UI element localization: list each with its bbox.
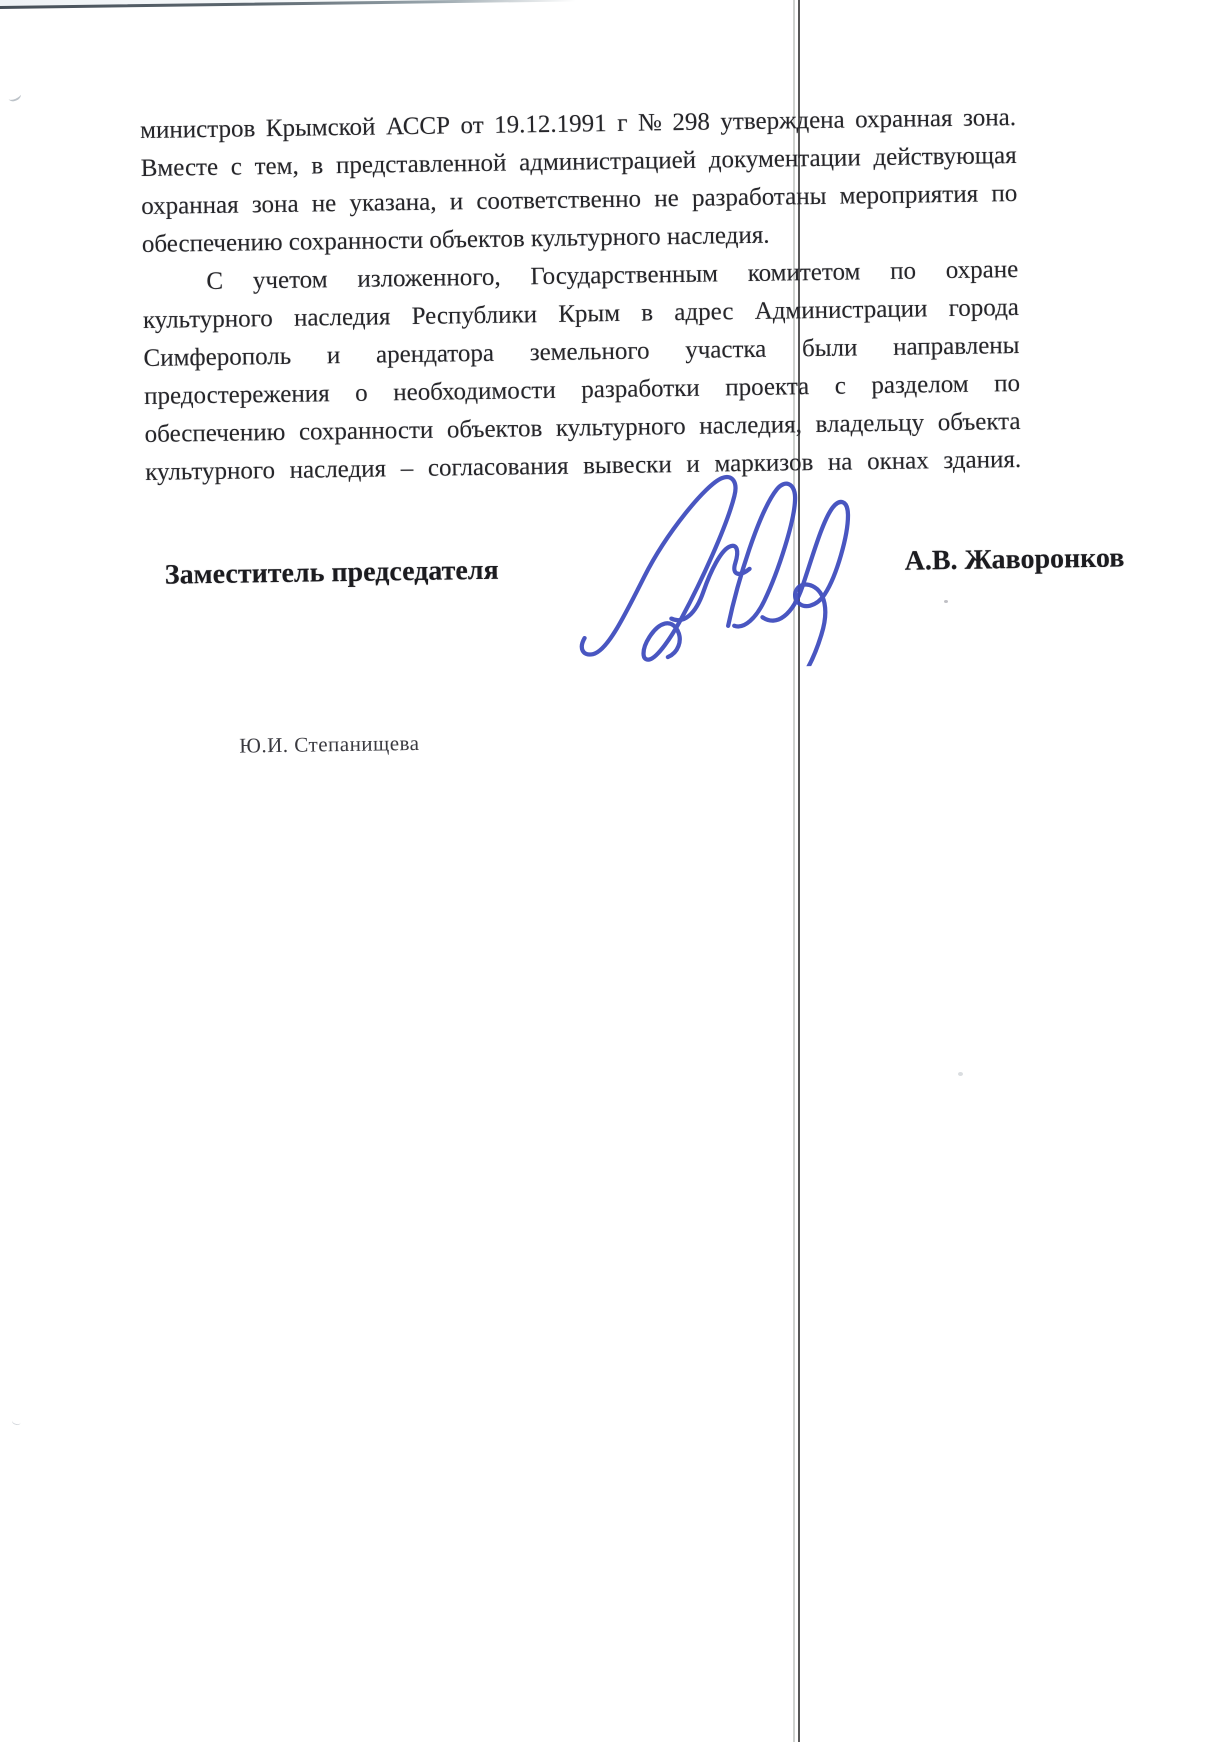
executor-name: Ю.И. Степанищева [239, 731, 420, 759]
handwritten-signature-icon [571, 417, 875, 669]
scanned-letter-page: министровКрымскойАССРот19.12.1991г№298ут… [0, 0, 1228, 1742]
signoff-position-title: Заместитель председателя [165, 555, 499, 592]
signoff-signer-name: А.В. Жаворонков [904, 542, 1124, 577]
letter-content: министровКрымскойАССРот19.12.1991г№298ут… [0, 0, 1228, 1742]
